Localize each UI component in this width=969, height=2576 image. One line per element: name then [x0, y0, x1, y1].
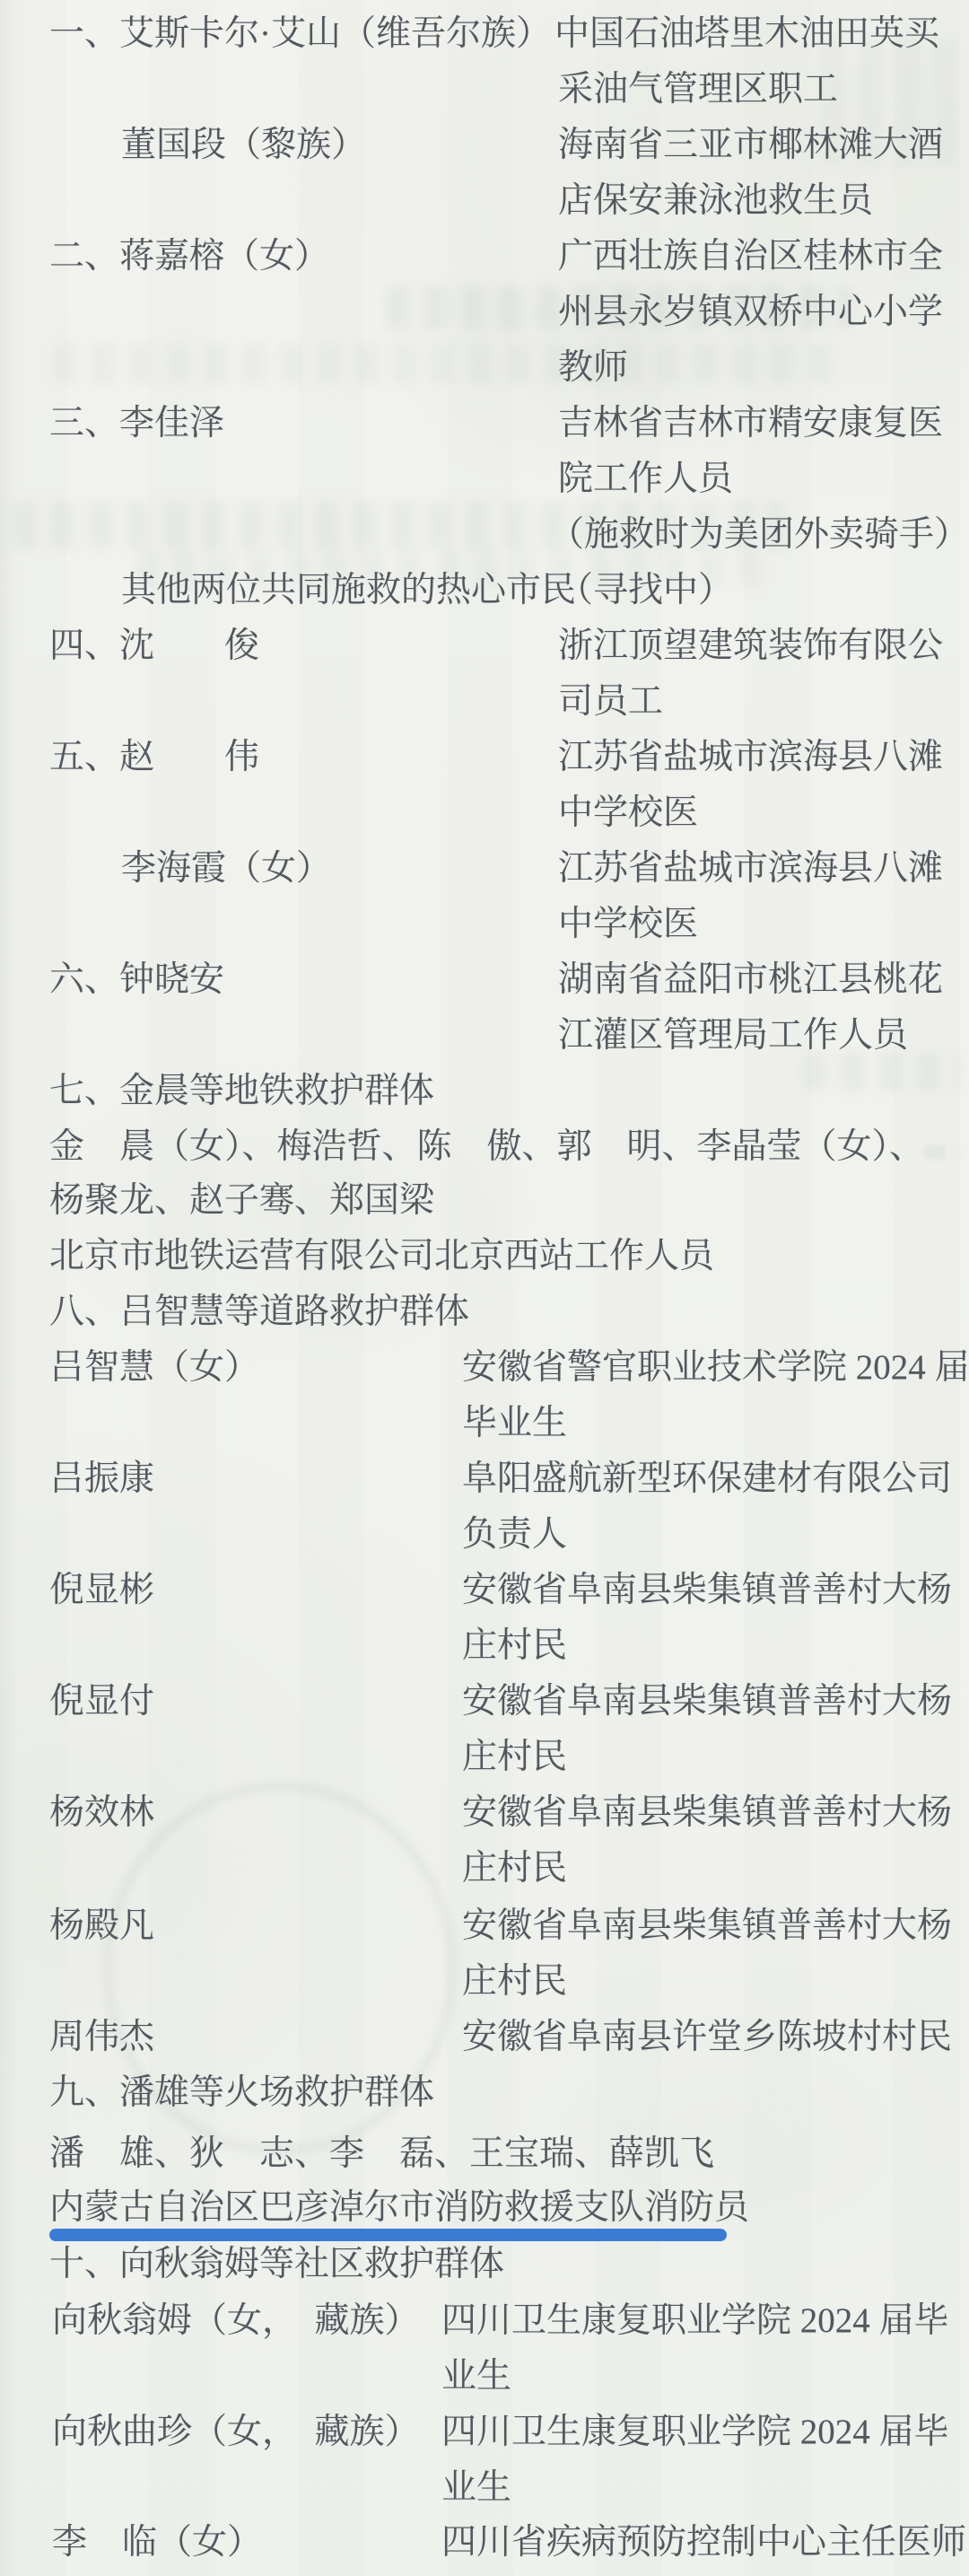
- text-line: 业生: [441, 2466, 511, 2510]
- text-line: 采油气管理区职工: [558, 67, 838, 112]
- scanned-document-page: 一、艾斯卡尔·艾山（维吾尔族）中国石油塔里木油田英买采油气管理区职工董国段（黎族…: [0, 0, 969, 2576]
- text-line: 四川卫生康复职业学院 2024 届毕: [441, 2410, 949, 2455]
- text-line: 院工作人员: [558, 457, 733, 502]
- text-line: 庄村民: [462, 1846, 567, 1891]
- text-line: 六、钟晓安: [49, 958, 224, 1003]
- text-line: 倪显彬: [49, 1568, 154, 1613]
- text-line: 负责人: [462, 1512, 567, 1557]
- text-line: 店保安兼泳池救生员: [558, 179, 873, 223]
- text-line: 五、赵 伟: [49, 735, 259, 780]
- text-line: 八、吕智慧等道路救护群体: [49, 1290, 469, 1335]
- text-line: 中学校医: [558, 902, 698, 947]
- text-line: （寻找中）: [558, 568, 733, 613]
- text-line: 江苏省盐城市滨海县八滩: [558, 846, 943, 891]
- text-line: 九、潘雄等火场救护群体: [49, 2071, 434, 2116]
- text-line: 倪显付: [49, 1679, 154, 1724]
- text-line: 吉林省吉林市精安康复医: [558, 401, 943, 446]
- text-line: 李 临（女）: [52, 2520, 262, 2565]
- text-line: 金 晨（女）、梅浩哲、陈 傲、郭 明、李晶莹（女）、: [49, 1125, 924, 1170]
- text-line: 吕智慧（女）: [49, 1345, 259, 1390]
- text-line: 内蒙古自治区巴彦淖尔市消防救援支队消防员: [49, 2186, 749, 2230]
- text-line: 四川卫生康复职业学院 2024 届毕: [441, 2299, 949, 2344]
- text-line: 向秋曲珍（女， 藏族）: [52, 2410, 420, 2455]
- text-line: 阜阳盛航新型环保建材有限公司: [462, 1457, 952, 1502]
- text-line: 中国石油塔里木油田英买: [554, 12, 939, 57]
- text-line: 安徽省阜南县柴集镇普善村大杨: [462, 1791, 952, 1836]
- text-line: 海南省三亚市椰林滩大酒: [558, 123, 943, 168]
- text-line: 四、沈 俊: [49, 624, 259, 669]
- text-line: 其他两位共同施救的热心市民: [121, 568, 576, 613]
- text-line: 庄村民: [462, 1624, 567, 1669]
- text-line: 江苏省盐城市滨海县八滩: [558, 735, 943, 780]
- text-line: 李海霞（女）: [121, 846, 331, 891]
- text-line: 一、艾斯卡尔·艾山（维吾尔族）: [49, 12, 551, 57]
- text-line: 湖南省益阳市桃江县桃花: [558, 958, 943, 1003]
- text-line: 庄村民: [462, 1735, 567, 1780]
- text-line: 二、蒋嘉榕（女）: [49, 234, 329, 279]
- text-line: 周伟杰: [49, 2015, 154, 2060]
- blue-highlight-underline: [49, 2229, 727, 2241]
- text-line: 毕业生: [462, 1401, 567, 1446]
- text-line: 杨效林: [49, 1791, 154, 1836]
- text-line: 七、金晨等地铁救护群体: [49, 1069, 434, 1114]
- text-line: （施救时为美团外卖骑手）: [549, 513, 969, 557]
- text-line: 浙江顶望建筑装饰有限公: [558, 624, 943, 669]
- text-line: 广西壮族自治区桂林市全: [558, 234, 943, 279]
- text-line: 三、李佳泽: [49, 401, 224, 446]
- text-line: 安徽省警官职业技术学院 2024 届: [462, 1345, 969, 1390]
- text-line: 安徽省阜南县柴集镇普善村大杨: [462, 1568, 952, 1613]
- text-line: 四川省疾病预防控制中心主任医师: [441, 2520, 966, 2565]
- text-line: 董国段（黎族）: [121, 123, 366, 168]
- text-line: 杨聚龙、赵子骞、郑国梁: [49, 1178, 434, 1223]
- text-line: 安徽省阜南县柴集镇普善村大杨: [462, 1679, 952, 1724]
- text-line: 安徽省阜南县许堂乡陈坡村村民: [462, 2015, 952, 2060]
- text-line: 中学校医: [558, 791, 698, 836]
- document-text-layer: 一、艾斯卡尔·艾山（维吾尔族）中国石油塔里木油田英买采油气管理区职工董国段（黎族…: [0, 0, 969, 2576]
- text-line: 司员工: [558, 679, 663, 724]
- text-line: 潘 雄、狄 志、李 磊、王宝瑞、薛凯飞: [49, 2132, 714, 2177]
- text-line: 江灌区管理局工作人员: [558, 1013, 908, 1058]
- text-line: 业生: [441, 2354, 511, 2399]
- text-line: 杨殿凡: [49, 1904, 154, 1949]
- text-line: 安徽省阜南县柴集镇普善村大杨: [462, 1904, 952, 1949]
- text-line: 吕振康: [49, 1457, 154, 1502]
- text-line: 向秋翁姆（女， 藏族）: [52, 2299, 420, 2344]
- text-line: 北京市地铁运营有限公司北京西站工作人员: [49, 1234, 714, 1279]
- text-line: 庄村民: [462, 1959, 567, 2004]
- text-line: 教师: [558, 346, 628, 390]
- text-line: 十、向秋翁姆等社区救护群体: [49, 2242, 504, 2287]
- text-line: 州县永岁镇双桥中心小学: [558, 290, 943, 335]
